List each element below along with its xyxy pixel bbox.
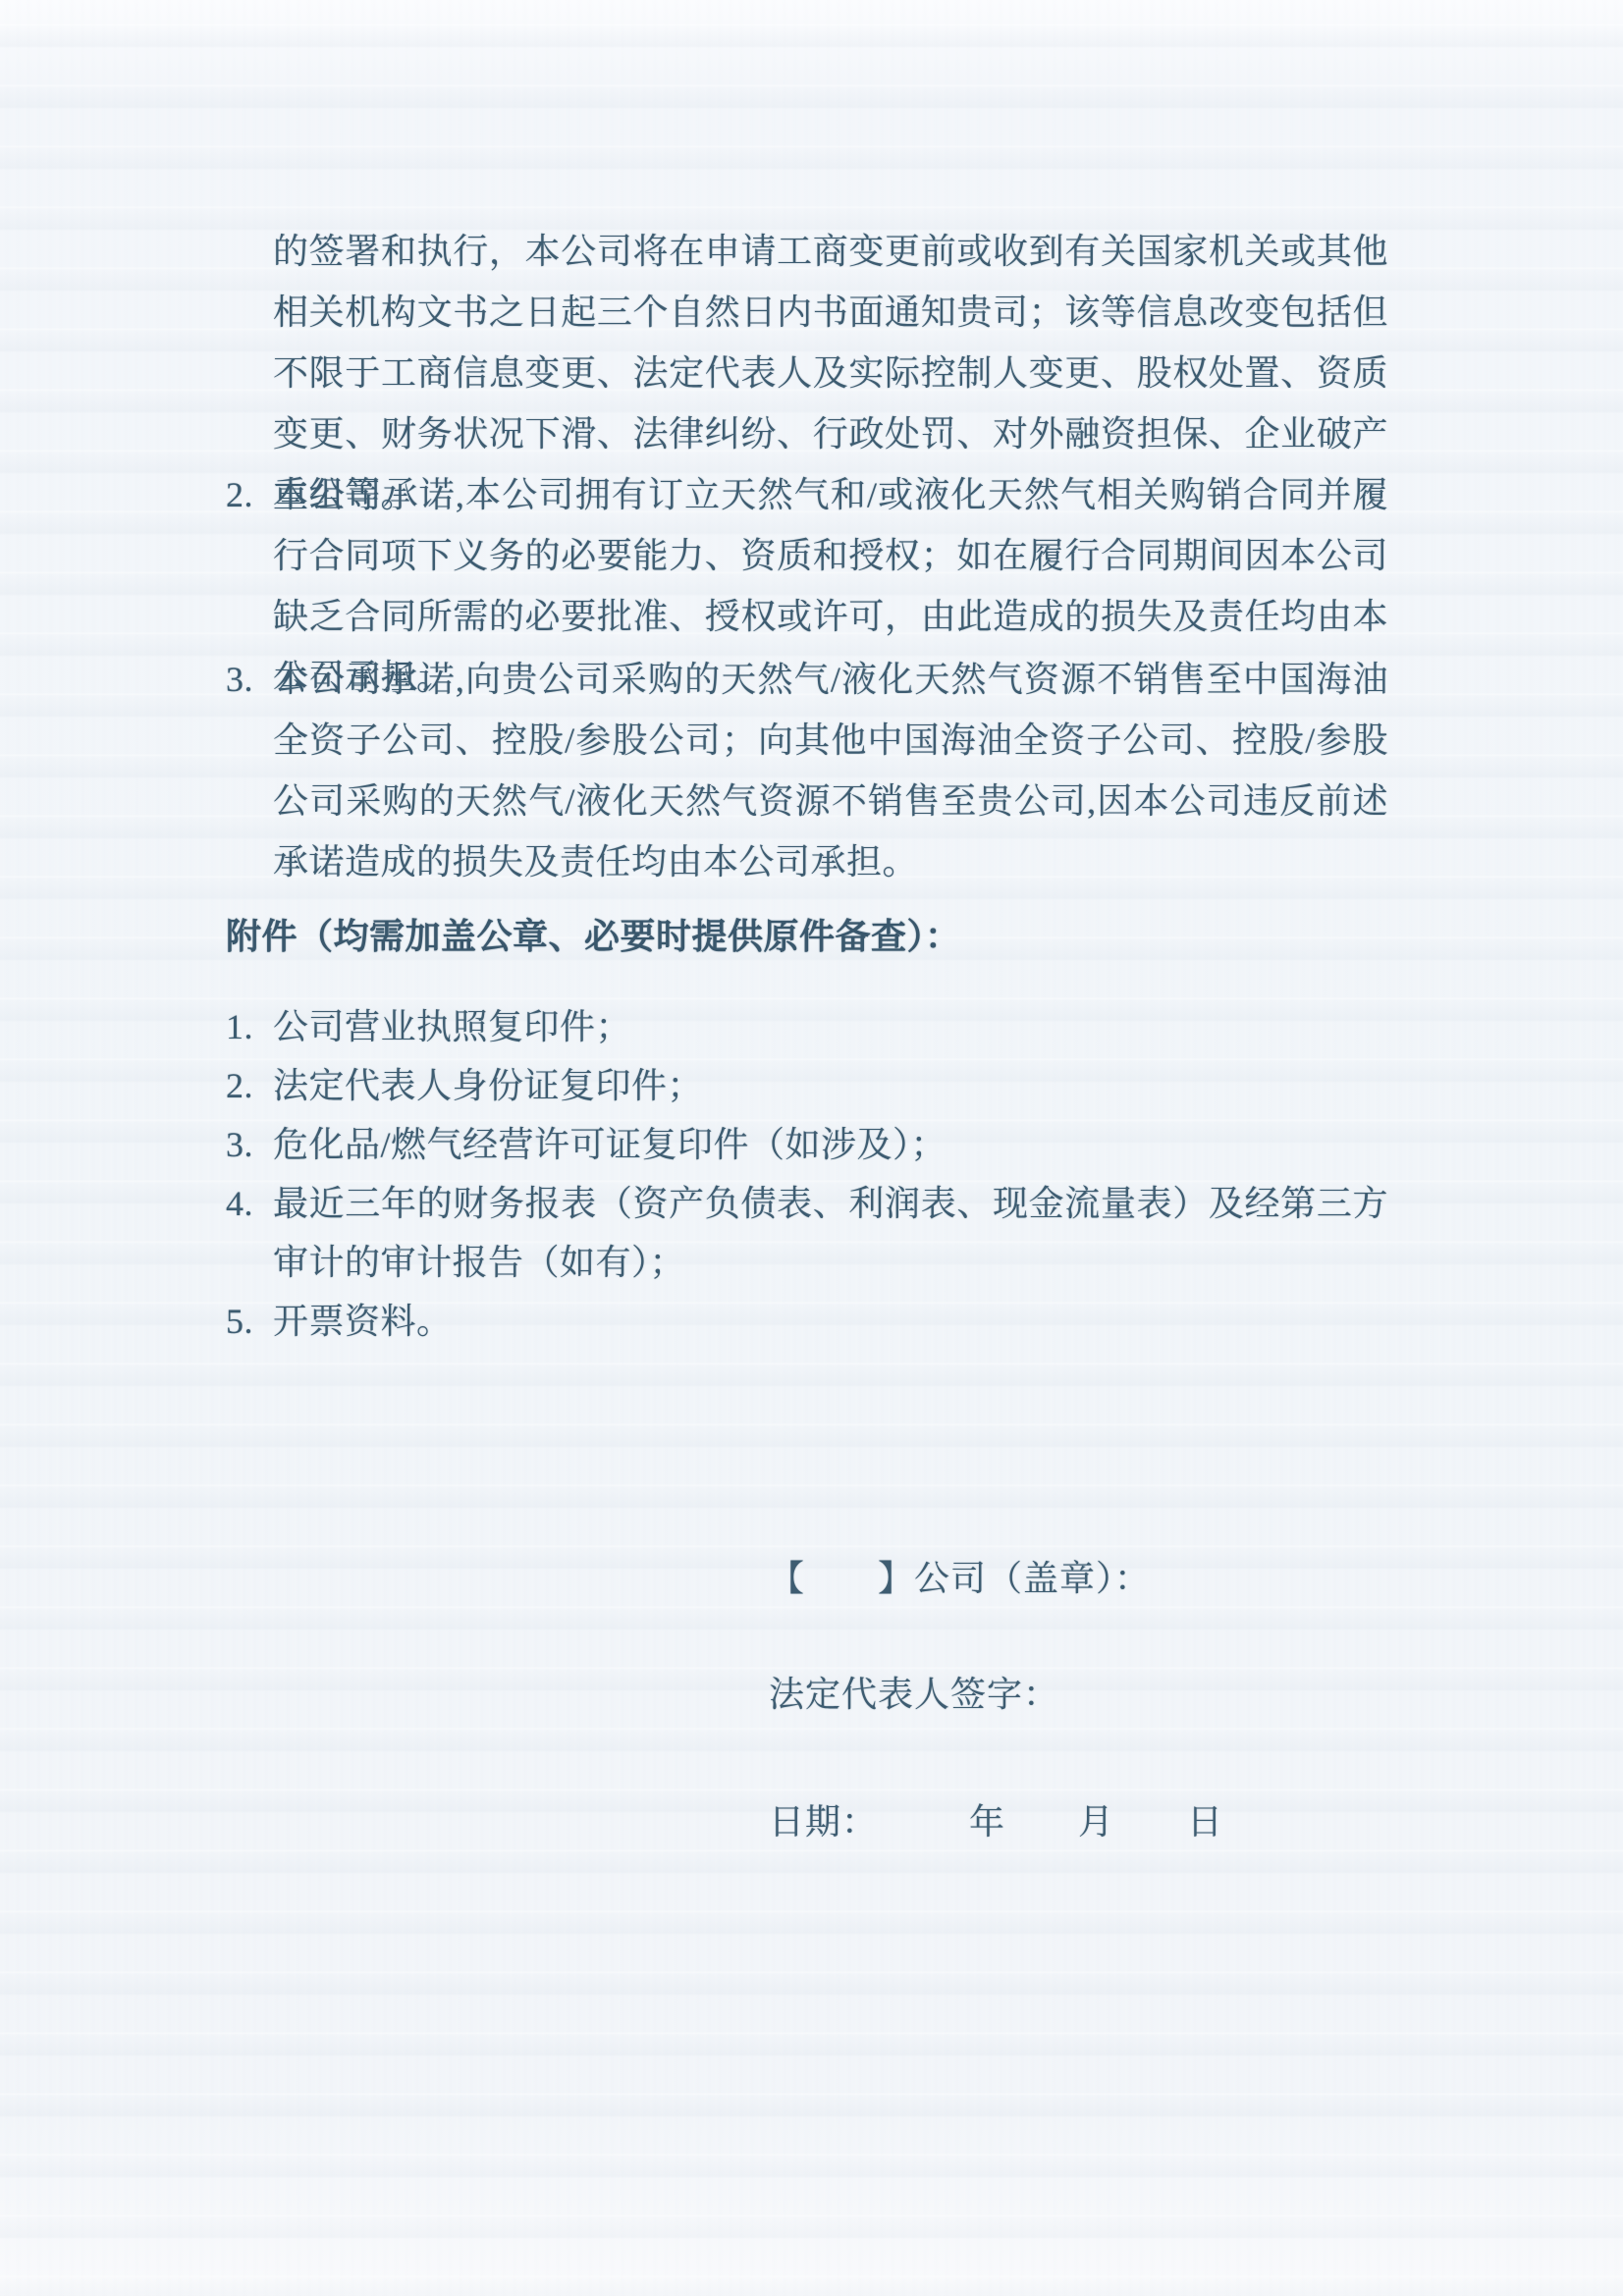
date-line: 日期： 年 月 日	[769, 1799, 1223, 1844]
attachment-text: 公司营业执照复印件；	[273, 997, 1388, 1056]
legal-representative-signature-line: 法定代表人签字：	[769, 1672, 1059, 1717]
company-seal-line: 【 】公司（盖章）：	[769, 1556, 1151, 1601]
clause-row: 3. 本公司承诺,向贵公司采购的天然气/液化天然气资源不销售至中国海油全资子公司…	[226, 649, 1388, 892]
attachment-number: 1.	[226, 997, 273, 1056]
attachment-item: 4. 最近三年的财务报表（资产负债表、利润表、现金流量表）及经第三方审计的审计报…	[226, 1174, 1388, 1292]
clause-number: 3.	[226, 649, 273, 710]
scanned-document-page: 的签署和执行，本公司将在申请工商变更前或收到有关国家机关或其他相关机构文书之日起…	[0, 0, 1623, 2296]
attachment-number: 2.	[226, 1056, 273, 1115]
attachment-number: 5.	[226, 1292, 273, 1351]
attachment-number: 4.	[226, 1174, 273, 1233]
attachment-number: 3.	[226, 1115, 273, 1174]
attachment-item: 3. 危化品/燃气经营许可证复印件（如涉及）；	[226, 1115, 1388, 1174]
attachments-list: 1. 公司营业执照复印件； 2. 法定代表人身份证复印件； 3. 危化品/燃气经…	[226, 997, 1388, 1351]
attachment-text: 危化品/燃气经营许可证复印件（如涉及）；	[273, 1115, 1388, 1174]
clause-number: 2.	[226, 464, 273, 525]
attachments-heading: 附件（均需加盖公章、必要时提供原件备查）：	[226, 906, 1388, 967]
attachment-text: 法定代表人身份证复印件；	[273, 1056, 1388, 1115]
clause-text: 本公司承诺,向贵公司采购的天然气/液化天然气资源不销售至中国海油全资子公司、控股…	[273, 649, 1388, 892]
attachment-item: 1. 公司营业执照复印件；	[226, 997, 1388, 1056]
attachment-item: 2. 法定代表人身份证复印件；	[226, 1056, 1388, 1115]
clause-3: 3. 本公司承诺,向贵公司采购的天然气/液化天然气资源不销售至中国海油全资子公司…	[226, 649, 1388, 892]
attachment-text: 最近三年的财务报表（资产负债表、利润表、现金流量表）及经第三方审计的审计报告（如…	[273, 1174, 1388, 1292]
attachment-item: 5. 开票资料。	[226, 1292, 1388, 1351]
attachment-text: 开票资料。	[273, 1292, 1388, 1351]
